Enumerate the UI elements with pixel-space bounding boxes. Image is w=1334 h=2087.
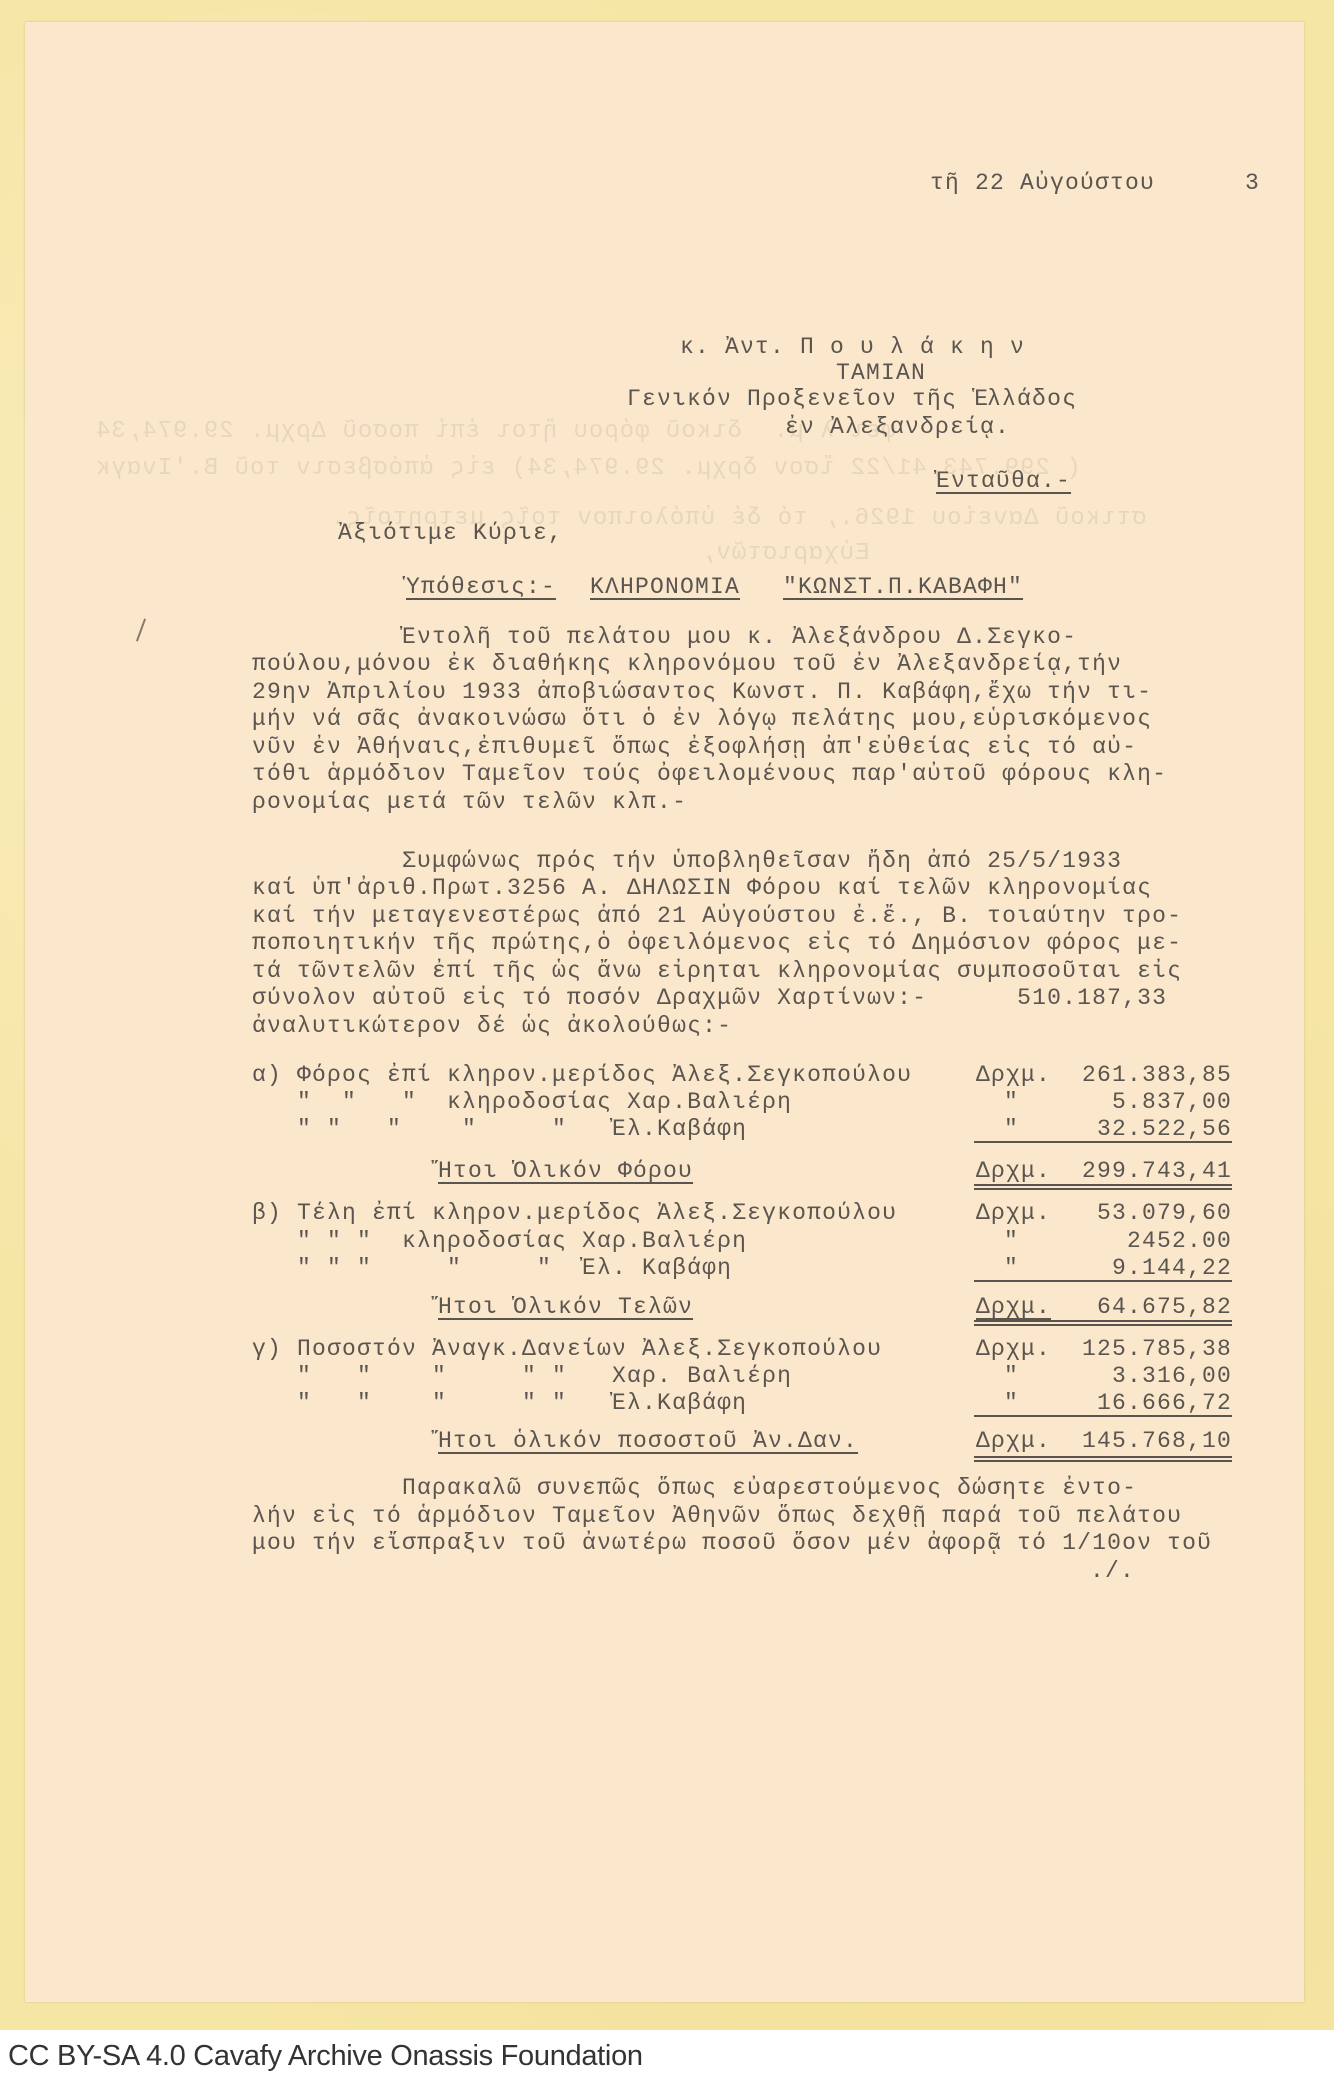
paragraph-line: σύνολον αὐτοῦ εἰς τό ποσόν Δραχμῶν Χαρτί… — [252, 985, 1262, 1013]
table-row: " " " κληροδοσίας Χαρ.Βαλιέρη " 2452.00 — [252, 1228, 1232, 1256]
paragraph-line: μου τήν εἴσπραξιν τοῦ ἀνωτέρω ποσοῦ ὅσον… — [252, 1530, 1262, 1558]
recipient-location: ἐν Ἀλεξανδρείᾳ. — [785, 416, 1010, 439]
table-total-row: Ἤτοι ὁλικόν ποσοστοῦ Ἀν.Δαν. Δρχμ. 145.7… — [252, 1428, 1232, 1456]
table-row: β) Τέλη ἐπί κληρον.μερίδος Ἀλεξ.Σεγκοπού… — [252, 1200, 1232, 1228]
table-row: γ) Ποσοστόν Ἀναγκ.Δανείων Ἀλεξ.Σεγκοπούλ… — [252, 1336, 1232, 1364]
subject-name: "ΚΩΝΣΤ.Π.ΚΑΒΑΦΗ" — [783, 576, 1023, 599]
paragraph-line: Ἐντολῆ τοῦ πελάτου μου κ. Ἀλεξάνδρου Δ.Σ… — [252, 624, 1262, 652]
paragraph-line: μήν νά σᾶς ἀνακοινώσω ὅτι ὁ ἐν λόγῳ πελά… — [252, 706, 1262, 734]
show-through-text: Εὐχαριστῶν, — [700, 540, 869, 567]
subject-title: ΚΛΗΡΟΝΟΜΙΑ — [590, 576, 740, 599]
paragraph-line: καί τήν μεταγενεστέρως ἀπό 21 Αὐγούστου … — [252, 903, 1262, 931]
paragraph-line: Παρακαλῶ συνεπῶς ὅπως εὐαρεστούμενος δώσ… — [252, 1475, 1262, 1503]
recipient-title: ΤΑΜΙΑΝ — [836, 362, 926, 385]
continuation-mark: ./. — [1090, 1560, 1135, 1583]
table-row: α) Φόρος ἐπί κληρον.μερίδος Ἀλεξ.Σεγκοπο… — [252, 1062, 1232, 1090]
table-row: " " " " " Χαρ. Βαλιέρη " 3.316,00 — [252, 1363, 1232, 1391]
paragraph-line: τά τῶντελῶν ἐπί τῆς ὡς ἄνω εἰρηται κληρο… — [252, 958, 1262, 986]
total-rule — [974, 1320, 1232, 1322]
total-rule — [974, 1456, 1232, 1458]
table-row: " " " κληροδοσίας Χαρ.Βαλιέρη " 5.837,00 — [252, 1089, 1232, 1117]
recipient-office: Γενικόν Προξενεῖον τῆς Ἑλλάδος — [627, 388, 1077, 411]
paragraph-line: τόθι ἁρμόδιον Ταμεῖον τούς ὀφειλομένους … — [252, 761, 1262, 789]
subtotal-rule — [974, 1415, 1232, 1417]
recipient-name: κ. Ἀντ. Π ο υ λ ά κ η ν — [680, 336, 1025, 359]
paragraph-line: ποποιητικήν τῆς πρώτης,ὁ ὀφειλόμενος εἰς… — [252, 930, 1262, 958]
page-number: 3 — [1245, 172, 1260, 195]
total-rule — [974, 1188, 1232, 1190]
subtotal-rule — [974, 1141, 1232, 1143]
letter-date: τῆ 22 Αὐγούστου — [930, 172, 1155, 195]
paragraph-line: Συμφώνως πρός τήν ὑποβληθεῖσαν ἤδη ἀπό 2… — [252, 848, 1262, 876]
paragraph-line: νῦν ἐν Ἀθήναις,ἐπιθυμεῖ ὅπως ἐξοφλήσῃ ἀπ… — [252, 734, 1262, 762]
table-row: " " " " " Ἐλ. Καβάφη " 9.144,22 — [252, 1255, 1232, 1283]
table-total-row: Ἤτοι Ὁλικόν Τελῶν Δρχμ. 64.675,82 — [252, 1294, 1232, 1322]
paragraph-line: 29ην Ἀπριλίου 1933 ἀποβιώσαντος Κωνστ. Π… — [252, 679, 1262, 707]
recipient-local: Ἐνταῦθα.- — [936, 470, 1071, 493]
subtotal-rule — [974, 1280, 1232, 1282]
total-rule — [974, 1324, 1232, 1326]
salutation: Ἀξιότιμε Κύριε, — [338, 522, 563, 545]
total-rule — [974, 1184, 1232, 1186]
table-row: " " " " " Ἐλ.Καβάφη " 32.522,56 — [252, 1116, 1232, 1144]
show-through-text: ( 299.743,41/22 ἴσον δρχμ. 29.974,34) εἰ… — [95, 455, 1081, 482]
paragraph-line: ρονομίας μετά τῶν τελῶν κλπ.- — [252, 789, 1262, 817]
table-row: " " " " " Ἐλ.Καβάφη " 16.666,72 — [252, 1390, 1232, 1418]
total-rule — [974, 1460, 1232, 1462]
paragraph-line: ἀναλυτικώτερον δέ ὡς ἀκολούθως:- — [252, 1013, 1262, 1041]
paragraph-line: λήν εἰς τό ἁρμόδιον Ταμεῖον Ἀθηνῶν ὅπως … — [252, 1503, 1262, 1531]
license-credit: CC BY-SA 4.0 Cavafy Archive Onassis Foun… — [8, 2040, 643, 2073]
show-through-text: φει λ μ. δικοῦ φόρου ἤτοι ἐπί ποσοῦ Δρχμ… — [95, 418, 896, 445]
paragraph-line: πούλου,μόνου ἐκ διαθήκης κληρονόμου τοῦ … — [252, 651, 1262, 679]
table-total-row: Ἤτοι Ὁλικόν Φόρου Δρχμ. 299.743,41 — [252, 1158, 1232, 1186]
subject-label: Ὑπόθεσις:- — [406, 576, 556, 599]
paragraph-line: καί ὑπ'ἀριθ.Πρωτ.3256 Α. ΔΗΛΩΣΙΝ Φόρου κ… — [252, 875, 1262, 903]
